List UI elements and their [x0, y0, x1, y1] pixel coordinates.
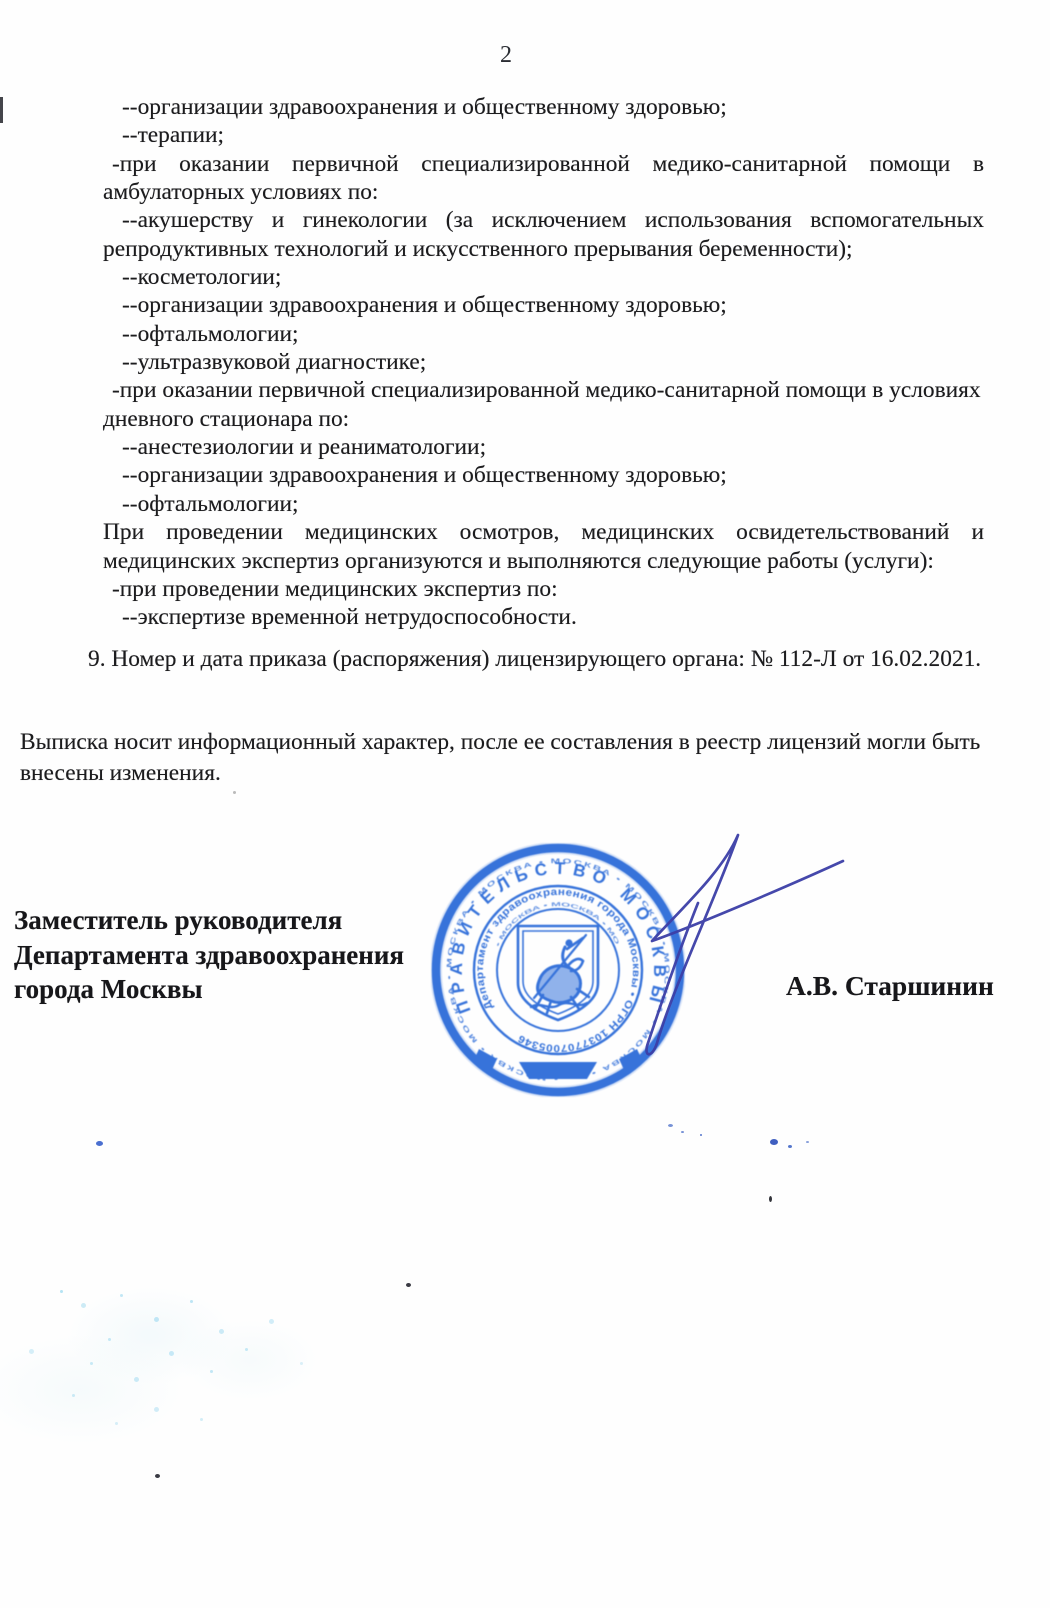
scan-edge-artifact: [0, 97, 3, 123]
order-number-line: 9. Номер и дата приказа (распоряжения) л…: [88, 645, 984, 673]
list-item: --организации здравоохранения и обществе…: [122, 291, 984, 319]
list-item: --организации здравоохранения и обществе…: [122, 93, 984, 121]
ink-speck: [681, 1131, 684, 1133]
license-works-list: --организации здравоохранения и обществе…: [103, 93, 984, 673]
list-item: --организации здравоохранения и обществе…: [122, 461, 984, 489]
ink-speck: [788, 1145, 792, 1148]
list-item: --офтальмологии;: [122, 490, 984, 518]
page-number: 2: [486, 42, 526, 69]
list-item: --косметологии;: [122, 263, 984, 291]
signer-title: Заместитель руководителя Департамента зд…: [14, 903, 444, 1007]
informational-note: Выписка носит информационный характер, п…: [20, 727, 1035, 788]
ink-speck: [406, 1283, 411, 1287]
signer-title-line: города Москвы: [14, 972, 444, 1007]
list-item: -при проведении медицинских экспертиз по…: [112, 575, 984, 603]
ink-speck: [700, 1134, 702, 1136]
list-item: --экспертизе временной нетрудоспособност…: [122, 603, 984, 631]
ink-speck: [155, 1474, 160, 1478]
list-item: --терапии;: [122, 121, 984, 149]
ink-speck: [668, 1124, 673, 1127]
scan-smudge: [0, 1240, 360, 1470]
ink-speck: [769, 1196, 772, 1202]
note-line: внесены изменения.: [20, 758, 1035, 789]
signature-stroke: [600, 800, 900, 1090]
list-item: --ультразвуковой диагностике;: [122, 348, 984, 376]
list-item: амбулаторных условиях по:: [103, 178, 984, 206]
signer-title-line: Заместитель руководителя: [14, 903, 444, 938]
paragraph-line: медицинских экспертиз организуются и вып…: [103, 547, 984, 575]
signer-title-line: Департамента здравоохранения: [14, 938, 444, 973]
list-item: -при оказании первичной специализированн…: [112, 150, 984, 178]
list-item: --акушерству и гинекологии (за исключени…: [122, 206, 984, 234]
note-line: Выписка носит информационный характер, п…: [20, 727, 1035, 758]
scan-noise-dots: [60, 1290, 63, 1293]
document-page: 2 --организации здравоохранения и общест…: [0, 0, 1050, 1608]
ink-speck: [96, 1141, 103, 1146]
ink-speck: [806, 1141, 809, 1143]
list-item: дневного стационара по:: [103, 405, 984, 433]
list-item: репродуктивных технологий и искусственно…: [103, 235, 984, 263]
paragraph-line: При проведении медицинских осмотров, мед…: [103, 518, 984, 546]
list-item: --офтальмологии;: [122, 320, 984, 348]
stamp-coat-of-arms: [518, 926, 598, 1020]
list-item: -при оказании первичной специализированн…: [112, 376, 984, 404]
ink-speck: [233, 791, 236, 794]
ink-speck: [770, 1139, 778, 1145]
list-item: --анестезиологии и реаниматологии;: [122, 433, 984, 461]
